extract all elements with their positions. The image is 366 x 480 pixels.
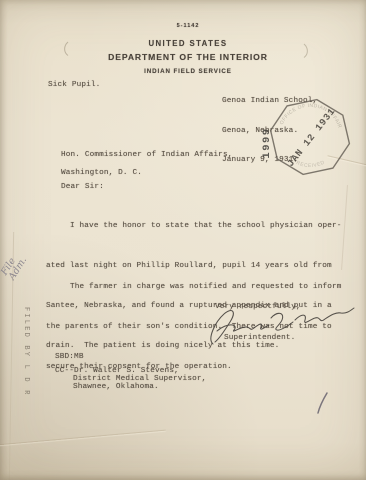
- subject-label: Sick Pupil.: [48, 79, 100, 92]
- paper-crease: [341, 185, 348, 270]
- signer-title: Superintendent.: [224, 332, 295, 345]
- handwritten-file-note: File Adm.: [1, 251, 29, 281]
- paper-crease: [0, 430, 166, 446]
- body-line: The farmer in charge was notified and re…: [46, 281, 342, 294]
- filed-by-stamp: FILED BY L D R: [22, 307, 30, 397]
- recipient-line-2: Washington, D. C.: [61, 167, 142, 180]
- dateline-school: Genoa Indian School,: [222, 97, 317, 107]
- body-line: the parents of their son's condition. Th…: [46, 321, 342, 334]
- body-line: I have the honor to state that the schoo…: [46, 220, 342, 233]
- letterhead-service: INDIAN FIELD SERVICE: [0, 68, 366, 75]
- typist-reference: SBD:MB: [55, 351, 84, 364]
- letter-scan: 5-1142 UNITED STATES DEPARTMENT OF THE I…: [0, 0, 366, 480]
- letterhead-country: UNITED STATES: [0, 39, 366, 48]
- closing: Very respectfully,: [215, 301, 301, 314]
- dateline: Genoa Indian School, Genoa, Nebraska. Ja…: [222, 77, 317, 186]
- cc-line-3: Shawnee, Oklahoma.: [73, 383, 159, 392]
- recipient-line-1: Hon. Commissioner of Indian Affairs,: [61, 149, 232, 162]
- letterhead-department: DEPARTMENT OF THE INTERIOR: [0, 52, 366, 62]
- dateline-city: Genoa, Nebraska.: [222, 127, 317, 137]
- form-number: 5-1142: [0, 23, 366, 29]
- paper-crease: [327, 155, 366, 166]
- dateline-date: January 9, 1931.: [222, 156, 317, 166]
